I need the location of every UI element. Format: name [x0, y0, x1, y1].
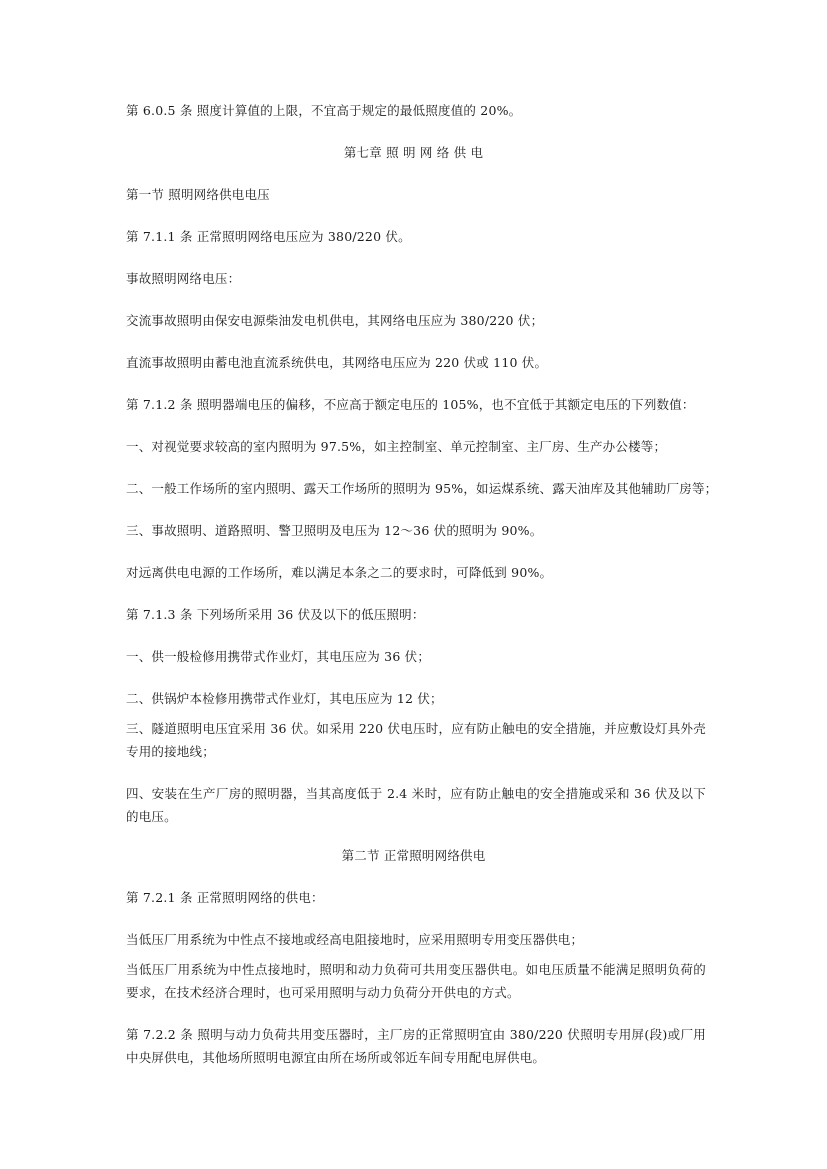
- article-7-2-2: 第 7.2.2 条 照明与动力负荷共用变压器时，主厂房的正常照明宜由 380/2…: [126, 1023, 706, 1069]
- section-1-heading: 第一节 照明网络供电电压: [126, 183, 706, 207]
- article-7-1-1: 第 7.1.1 条 正常照明网络电压应为 380/220 伏。: [126, 225, 706, 249]
- article-7-1-3-item-1: 一、供一般检修用携带式作业灯，其电压应为 36 伏；: [126, 645, 706, 669]
- document-page: 第 6.0.5 条 照度计算值的上限，不宜高于规定的最低照度值的 20%。 第七…: [0, 0, 827, 1169]
- article-7-2-1: 第 7.2.1 条 正常照明网络的供电：: [126, 886, 706, 910]
- article-7-1-3-item-2: 二、供锅炉本检修用携带式作业灯，其电压应为 12 伏；: [126, 687, 706, 711]
- article-7-1-2-item-3: 三、事故照明、道路照明、警卫照明及电压为 12～36 伏的照明为 90%。: [126, 519, 706, 543]
- article-7-1-2-note: 对远离供电电源的工作场所，难以满足本条之二的要求时，可降低到 90%。: [126, 561, 706, 585]
- article-7-2-1-para-1: 当低压厂用系统为中性点不接地或经高电阻接地时，应采用照明专用变压器供电；: [126, 928, 706, 952]
- emergency-voltage-label: 事故照明网络电压：: [126, 267, 706, 291]
- ac-emergency-paragraph: 交流事故照明由保安电源柴油发电机供电，其网络电压应为 380/220 伏；: [126, 309, 706, 333]
- chapter-7-heading: 第七章 照 明 网 络 供 电: [0, 141, 827, 165]
- article-7-1-3-item-3: 三、隧道照明电压宜采用 36 伏。如采用 220 伏电压时，应有防止触电的安全措…: [126, 717, 706, 763]
- article-6-0-5: 第 6.0.5 条 照度计算值的上限，不宜高于规定的最低照度值的 20%。: [126, 99, 706, 123]
- dc-emergency-paragraph: 直流事故照明由蓄电池直流系统供电，其网络电压应为 220 伏或 110 伏。: [126, 351, 706, 375]
- article-7-1-2: 第 7.1.2 条 照明器端电压的偏移，不应高于额定电压的 105%，也不宜低于…: [126, 393, 706, 417]
- article-7-1-2-item-1: 一、对视觉要求较高的室内照明为 97.5%，如主控制室、单元控制室、主厂房、生产…: [126, 435, 706, 459]
- article-7-1-3: 第 7.1.3 条 下列场所采用 36 伏及以下的低压照明：: [126, 603, 706, 627]
- article-7-2-1-para-2: 当低压厂用系统为中性点接地时，照明和动力负荷可共用变压器供电。如电压质量不能满足…: [126, 958, 706, 1004]
- article-7-1-2-item-2: 二、一般工作场所的室内照明、露天工作场所的照明为 95%，如运煤系统、露天油库及…: [126, 477, 706, 501]
- section-2-heading: 第二节 正常照明网络供电: [0, 844, 827, 868]
- article-7-1-3-item-4: 四、安装在生产厂房的照明器，当其高度低于 2.4 米时，应有防止触电的安全措施或…: [126, 782, 706, 828]
